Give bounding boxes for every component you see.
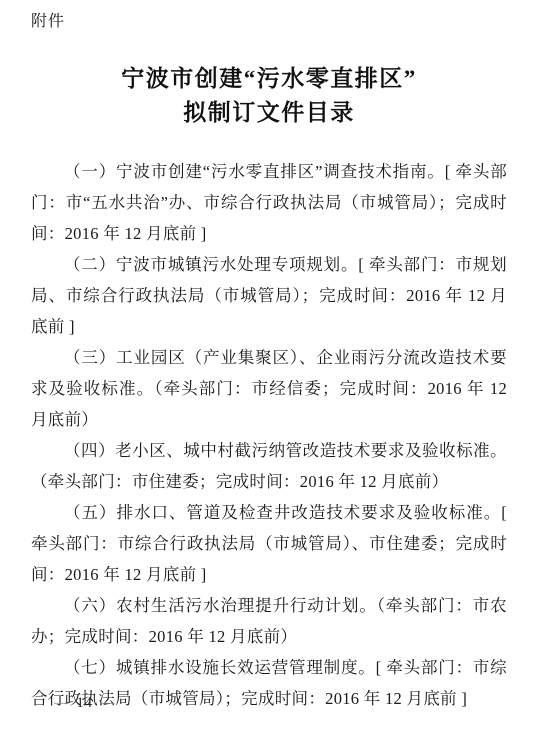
list-item-1: （一）宁波市创建“污水零直排区”调查技术指南。[ 牵头部门：市“五水共治”办、市… bbox=[31, 156, 507, 249]
page-number: 14 bbox=[70, 695, 101, 711]
list-item-5: （五）排水口、管道及检查井改造技术要求及验收标准。[ 牵头部门：市综合行政执法局… bbox=[31, 497, 507, 590]
attachment-label: 附件 bbox=[31, 8, 65, 31]
list-item-4: （四）老小区、城中村截污纳管改造技术要求及验收标准。（牵头部门：市住建委；完成时… bbox=[31, 435, 507, 497]
document-body: （一）宁波市创建“污水零直排区”调查技术指南。[ 牵头部门：市“五水共治”办、市… bbox=[31, 156, 507, 714]
list-item-6: （六）农村生活污水治理提升行动计划。（牵头部门：市农办；完成时间：2016 年 … bbox=[31, 590, 507, 652]
footer-dash-left: — bbox=[54, 695, 70, 711]
document-page: 附件 宁波市创建“污水零直排区” 拟制订文件目录 （一）宁波市创建“污水零直排区… bbox=[0, 0, 538, 734]
list-item-3: （三）工业园区（产业集聚区）、企业雨污分流改造技术要求及验收标准。（牵头部门：市… bbox=[31, 342, 507, 435]
list-item-2: （二）宁波市城镇污水处理专项规划。[ 牵头部门：市规划局、市综合行政执法局（市城… bbox=[31, 249, 507, 342]
document-title-line2: 拟制订文件目录 bbox=[0, 96, 538, 130]
page-footer: —14— bbox=[54, 695, 116, 712]
footer-dash-right: — bbox=[100, 695, 116, 711]
document-title: 宁波市创建“污水零直排区” 拟制订文件目录 bbox=[0, 62, 538, 130]
document-title-line1: 宁波市创建“污水零直排区” bbox=[0, 62, 538, 96]
